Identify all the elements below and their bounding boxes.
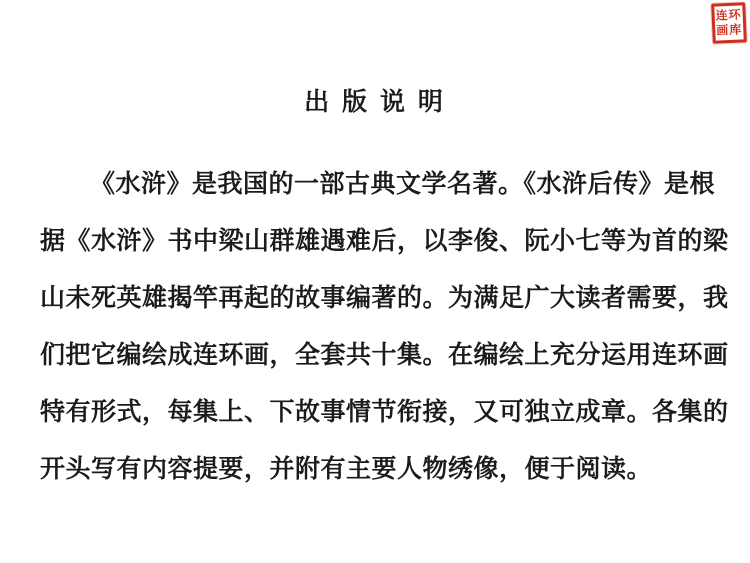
body-paragraph: 《水浒》是我国的一部古典文学名著。《水浒后传》是根 据《水浒》书中梁山群雄遇难后… [40,156,730,498]
seal-text-bottom: 画库 [716,22,743,38]
page-title: 出 版 说 明 [0,82,750,118]
paragraph-line: 山未死英雄揭竿再起的故事编著的。为满足广大读者需要，我 [40,270,730,327]
paragraph-line: 据《水浒》书中梁山群雄遇难后，以李俊、阮小七等为首的梁 [40,213,730,270]
seal-text-top: 连环 [715,7,742,23]
paragraph-line: 开头写有内容提要，并附有主要人物绣像，便于阅读。 [40,441,730,498]
publisher-seal: 连环 画库 [711,2,747,43]
paragraph-line: 们把它编绘成连环画，全套共十集。在编绘上充分运用连环画 [40,327,730,384]
page: 连环 画库 出 版 说 明 《水浒》是我国的一部古典文学名著。《水浒后传》是根 … [0,0,750,563]
paragraph-line: 特有形式，每集上、下故事情节衔接，又可独立成章。各集的 [40,384,730,441]
paragraph-line: 《水浒》是我国的一部古典文学名著。《水浒后传》是根 [40,156,730,213]
